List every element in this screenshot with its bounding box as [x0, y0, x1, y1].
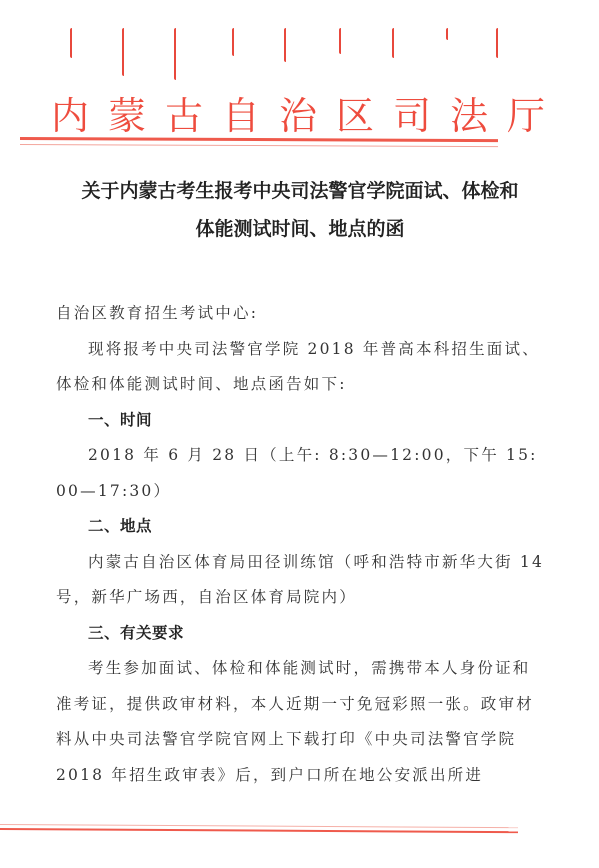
org-name-char: 区	[333, 94, 377, 138]
document-body: 自治区教育招生考试中心: 现将报考中央司法警官学院 2018 年普高本科招生面试…	[56, 296, 546, 793]
document-title: 关于内蒙古考生报考中央司法警官学院面试、体检和 体能测试时间、地点的函	[40, 172, 560, 248]
org-name-char: 厅	[504, 94, 548, 138]
org-name-char: 自	[219, 94, 263, 138]
mongolian-word	[496, 28, 504, 58]
mongolian-word	[339, 28, 347, 54]
section-content-time: 2018 年 6 月 28 日（上午: 8:30—12:00，下午 15: 00…	[56, 438, 546, 509]
org-name-char: 蒙	[105, 94, 149, 138]
document-title-line-2: 体能测试时间、地点的函	[40, 210, 560, 248]
org-name-char: 司	[390, 94, 434, 138]
mongolian-word	[70, 28, 78, 58]
org-name-char: 古	[162, 94, 206, 138]
section-heading-requirements: 三、有关要求	[56, 616, 546, 652]
org-name-char: 法	[447, 94, 491, 138]
section-content-location: 内蒙古自治区体育局田径训练馆（呼和浩特市新华大街 14 号，新华广场西，自治区体…	[56, 545, 546, 616]
mongolian-word	[284, 28, 292, 62]
mongolian-word	[174, 28, 182, 80]
mongolian-word	[122, 28, 130, 76]
section-heading-time: 一、时间	[56, 403, 546, 439]
document-title-line-1: 关于内蒙古考生报考中央司法警官学院面试、体检和	[40, 172, 560, 210]
mongolian-word	[446, 28, 454, 40]
organization-name: 内 蒙 古 自 治 区 司 法 厅	[48, 94, 548, 138]
letterhead-rule-thin	[20, 144, 498, 147]
section-content-requirements: 考生参加面试、体检和体能测试时，需携带本人身份证和准考证，提供政审材料，本人近期…	[56, 651, 546, 793]
intro-paragraph: 现将报考中央司法警官学院 2018 年普高本科招生面试、体检和体能测试时间、地点…	[56, 332, 546, 403]
mongolian-script-header	[56, 28, 536, 88]
footer-rule	[0, 828, 518, 833]
mongolian-word	[232, 28, 240, 56]
section-heading-location: 二、地点	[56, 509, 546, 545]
org-name-char: 内	[48, 94, 92, 138]
mongolian-word	[392, 28, 400, 58]
salutation: 自治区教育招生考试中心:	[56, 296, 546, 332]
org-name-char: 治	[276, 94, 320, 138]
